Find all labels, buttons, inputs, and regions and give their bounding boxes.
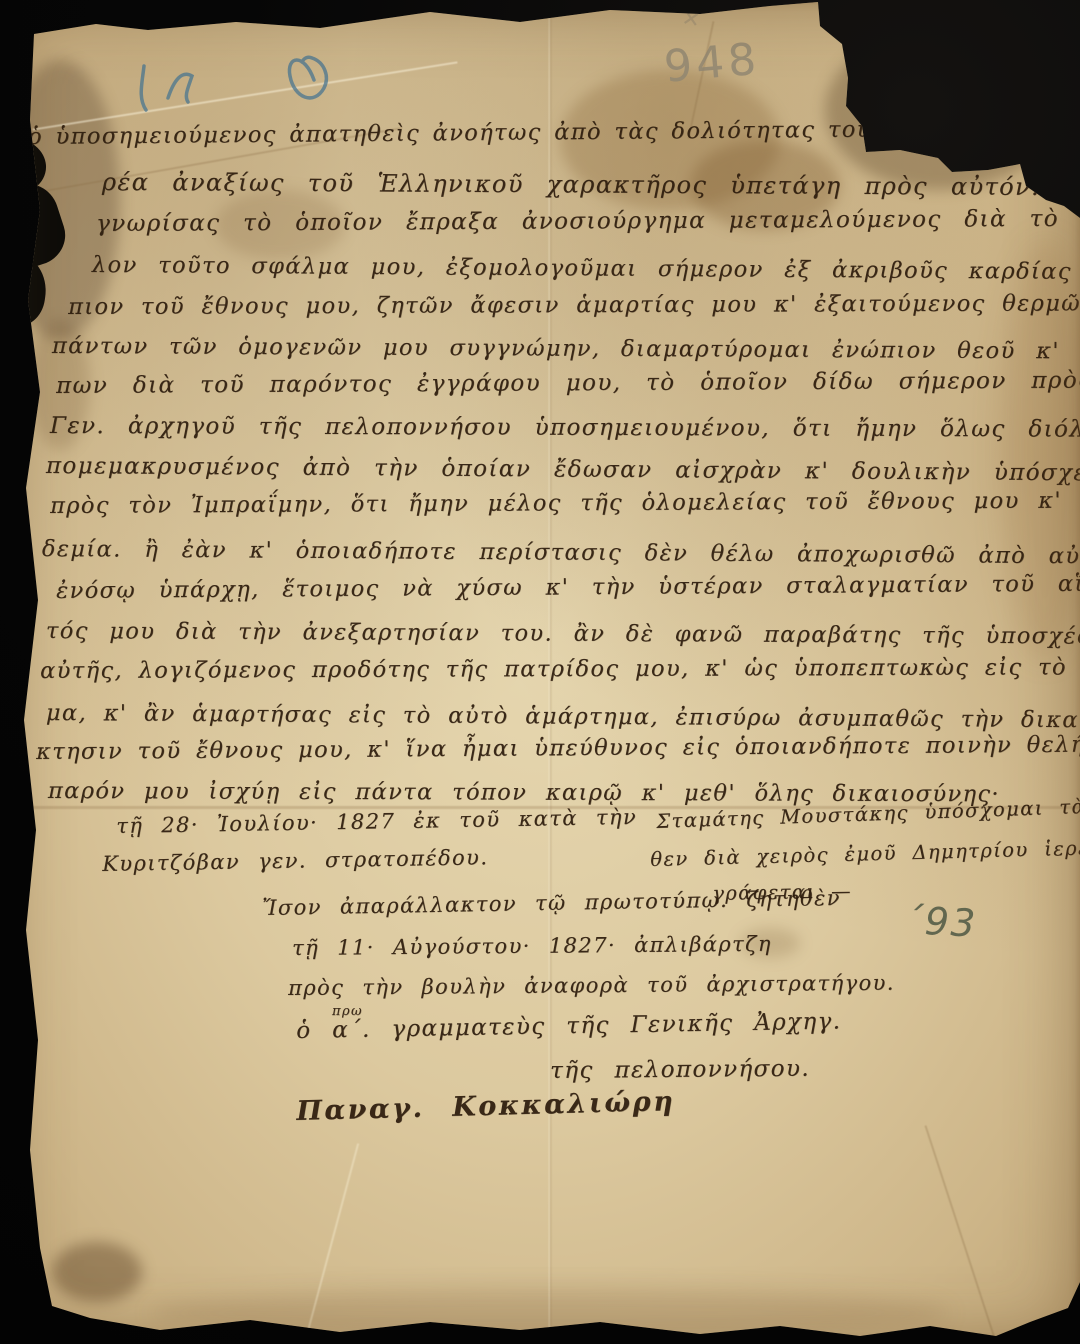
manuscript-line-body: πάντων τῶν ὁμογενῶν μου συγγνώμην, διαμα… <box>52 333 1080 365</box>
crease-bottom-left <box>303 1143 359 1344</box>
manuscript-line-body: αὐτῆς, λογιζόμενος προδότης τῆς πατρίδος… <box>40 654 1080 684</box>
manuscript-paper: ὁ ὑποσημειούμενος ἀπατηθεὶς ἀνοήτως ἀπὸ … <box>0 0 1080 1344</box>
manuscript-line-body: λον τοῦτο σφάλμα μου, ἐξομολογοῦμαι σήμε… <box>92 252 1080 285</box>
manuscript-line-body: ρέα ἀναξίως τοῦ Ἑλληνικοῦ χαρακτῆρος ὑπε… <box>102 168 1080 201</box>
manuscript-line-certification: Ἴσον ἀπαράλλακτον τῷ πρωτοτύπῳ. ζητηθὲν <box>262 886 841 920</box>
manuscript-line-certification: πρὸς τὴν βουλὴν ἀναφορὰ τοῦ ἀρχιστρατήγο… <box>288 971 895 1000</box>
manuscript-line-body: κτησιν τοῦ ἔθνους μου, κ' ἵνα ἦμαι ὑπεύθ… <box>36 731 1080 765</box>
archive-number-93: ´93 <box>903 898 979 946</box>
manuscript-line-body: πομεμακρυσμένος ἀπὸ τὴν ὁποίαν ἔδωσαν αἰ… <box>46 453 1080 487</box>
manuscript-line-body: πιον τοῦ ἔθνους μου, ζητῶν ἄφεσιν ἁμαρτί… <box>68 290 1080 320</box>
torn-edge-ink-stain <box>2 126 26 144</box>
manuscript-line-certification: ὁ α΄. γραμματεὺς τῆς Γενικῆς Ἀρχηγ. <box>296 1008 842 1044</box>
manuscript-line-body: ὁ ὑποσημειούμενος ἀπατηθεὶς ἀνοήτως ἀπὸ … <box>28 116 930 150</box>
manuscript-line-body: τός μου διὰ τὴν ἀνεξαρτησίαν του. ἂν δὲ … <box>46 618 1080 650</box>
crease-bottom-right <box>925 1125 998 1344</box>
stain-tear-edge <box>825 30 1055 190</box>
manuscript-line-dateline: τῇ 28· Ἰουλίου· 1827 ἐκ τοῦ κατὰ τὴν <box>116 805 637 838</box>
manuscript-line-certification: τῇ 11· Αὐγούστου· 1827· ἀπλιβάρτζη <box>292 932 772 960</box>
manuscript-line-body: γνωρίσας τὸ ὁποῖον ἔπραξα ἀνοσιούργημα μ… <box>96 206 1080 237</box>
stain-bottom-edge <box>150 1288 950 1338</box>
blue-pencil-caret <box>168 74 192 102</box>
manuscript-line-witness: θεν διὰ χειρὸς ἐμοῦ Δημητρίου ἱερέως <box>650 836 1080 871</box>
manuscript-line-body: Γεν. ἀρχηγοῦ τῆς πελοποννήσου ὑποσημειου… <box>50 413 1080 443</box>
blue-pencil-tick <box>141 66 146 110</box>
copyist-signature: Παναγ. Κοκκαλιώρη <box>296 1086 676 1127</box>
manuscript-line-dateline: Κυριτζόβαν γεν. στρατοπέδου. <box>102 845 488 876</box>
manuscript-line-body: πων διὰ τοῦ παρόντος ἐγγράφου μου, τὸ ὁπ… <box>56 367 1080 399</box>
manuscript-line-body: μα, κ' ἂν ἁμαρτήσας εἰς τὸ αὐτὸ ἁμάρτημα… <box>46 700 1080 734</box>
torn-edge-ink-stain <box>0 300 30 340</box>
torn-edge-ink-stain <box>0 248 51 330</box>
manuscript-line-body: πρὸς τὸν Ἰμπραΐμην, ὅτι ἤμην μέλος τῆς ὁ… <box>50 487 1080 519</box>
manuscript-line-body: ἐνόσῳ ὑπάρχῃ, ἕτοιμος νὰ χύσω κ' τὴν ὑστ… <box>56 571 1080 604</box>
blue-pencil-loop <box>289 57 326 98</box>
manuscript-line-body: δεμία. ἢ ἐὰν κ' ὁποιαδήποτε περίστασις δ… <box>42 536 1080 569</box>
stain-bottom-left <box>52 1242 142 1302</box>
scan-background: ὁ ὑποσημειούμενος ἀπατηθεὶς ἀνοήτως ἀπὸ … <box>0 0 1080 1344</box>
pencil-cross-mark: ✕ <box>680 6 702 34</box>
archive-number-948: 948 <box>662 34 762 93</box>
torn-edge-ink-stain <box>0 174 73 281</box>
manuscript-line-certification: τῆς πελοποννήσου. <box>550 1056 810 1084</box>
